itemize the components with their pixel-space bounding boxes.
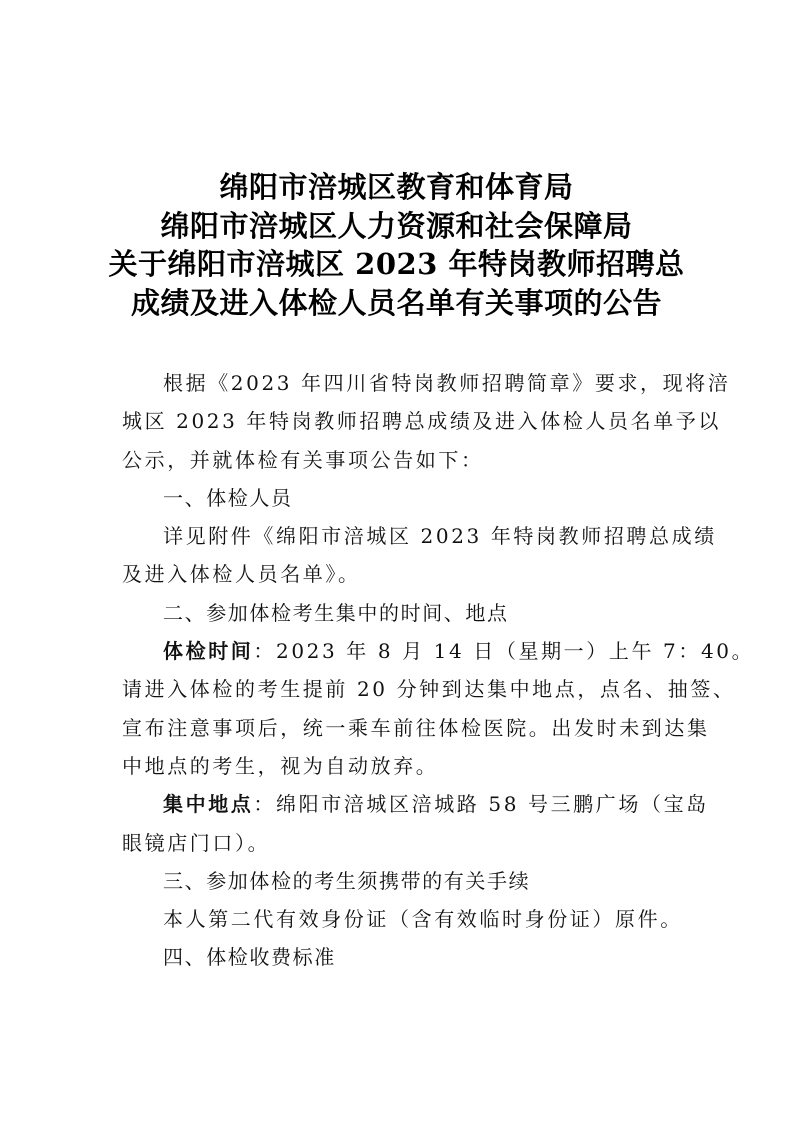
intro-line: 公示，并就体检有关事项公告如下： — [122, 441, 672, 479]
section-time-and-place: 二、参加体检考生集中的时间、地点 体检时间：2023 年 8 月 14 日（星期… — [122, 594, 672, 862]
section-exam-personnel: 一、体检人员 详见附件《绵阳市涪城区 2023 年特岗教师招聘总成绩 及进入体检… — [122, 479, 672, 594]
section-heading: 一、体检人员 — [122, 479, 672, 517]
intro-line: 根据《2023 年四川省特岗教师招聘简章》要求，现将涪 — [122, 364, 672, 402]
title-line-subject-1: 关于绵阳市涪城区 2023 年特岗教师招聘总 — [100, 245, 693, 284]
exam-time-value: ：2023 年 8 月 14 日（星期一）上午 7：40。 — [253, 639, 754, 663]
exam-time-paragraph: 体检时间：2023 年 8 月 14 日（星期一）上午 7：40。 请进入体检的… — [122, 632, 672, 785]
paragraph-line: 本人第二代有效身份证（含有效临时身份证）原件。 — [122, 900, 672, 938]
title-line-issuer-1: 绵阳市涪城区教育和体育局 — [100, 168, 693, 207]
section-fee-standard: 四、体检收费标准 — [122, 938, 672, 976]
paragraph-line: 及进入体检人员名单》。 — [122, 555, 672, 593]
section-required-documents: 三、参加体检的考生须携带的有关手续 本人第二代有效身份证（含有效临时身份证）原件… — [122, 862, 672, 939]
document-title: 绵阳市涪城区教育和体育局 绵阳市涪城区人力资源和社会保障局 关于绵阳市涪城区 2… — [100, 168, 693, 322]
paragraph-line: 请进入体检的考生提前 20 分钟到达集中地点，点名、抽签、 — [122, 670, 672, 708]
meeting-place-label: 集中地点 — [163, 792, 253, 816]
document-body: 根据《2023 年四川省特岗教师招聘简章》要求，现将涪 城区 2023 年特岗教… — [122, 364, 672, 977]
paragraph-line: 详见附件《绵阳市涪城区 2023 年特岗教师招聘总成绩 — [122, 517, 672, 555]
paragraph-line: 眼镜店门口）。 — [122, 824, 672, 862]
intro-line: 城区 2023 年特岗教师招聘总成绩及进入体检人员名单予以 — [122, 402, 672, 440]
paragraph-line: 宣布注意事项后，统一乘车前往体检医院。出发时未到达集 — [122, 709, 672, 747]
section-heading: 三、参加体检的考生须携带的有关手续 — [122, 862, 672, 900]
meeting-place-paragraph: 集中地点：绵阳市涪城区涪城路 58 号三鹏广场（宝岛 眼镜店门口）。 — [122, 785, 672, 862]
section-heading: 二、参加体检考生集中的时间、地点 — [122, 594, 672, 632]
intro-paragraph: 根据《2023 年四川省特岗教师招聘简章》要求，现将涪 城区 2023 年特岗教… — [122, 364, 672, 479]
document-page: 绵阳市涪城区教育和体育局 绵阳市涪城区人力资源和社会保障局 关于绵阳市涪城区 2… — [0, 0, 793, 1122]
paragraph-line: 中地点的考生，视为自动放弃。 — [122, 747, 672, 785]
meeting-place-value: ：绵阳市涪城区涪城路 58 号三鹏广场（宝岛 — [253, 792, 708, 816]
exam-time-label: 体检时间 — [163, 639, 253, 663]
title-line-subject-2: 成绩及进入体检人员名单有关事项的公告 — [100, 284, 693, 323]
paragraph-first-line: 体检时间：2023 年 8 月 14 日（星期一）上午 7：40。 — [122, 632, 672, 670]
section-heading: 四、体检收费标准 — [122, 938, 672, 976]
paragraph-first-line: 集中地点：绵阳市涪城区涪城路 58 号三鹏广场（宝岛 — [122, 785, 672, 823]
title-line-issuer-2: 绵阳市涪城区人力资源和社会保障局 — [100, 207, 693, 246]
